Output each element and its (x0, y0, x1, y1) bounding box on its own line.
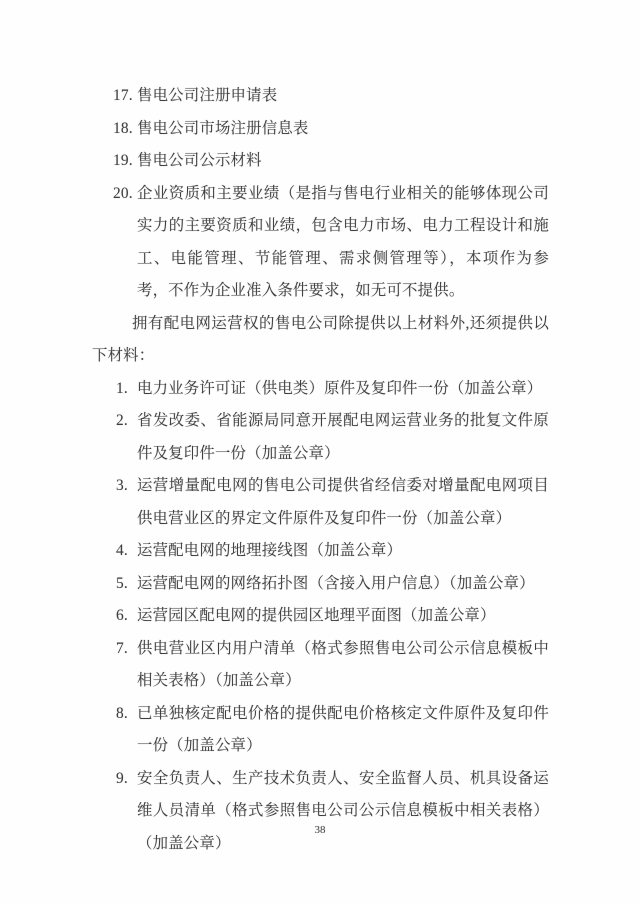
item-number: 3. (116, 470, 137, 503)
item-number: 9. (116, 763, 137, 796)
item-text: 省发改委、省能源局同意开展配电网运营业务的批复文件原件及复印件一份（加盖公章） (137, 405, 549, 470)
page-number: 38 (0, 822, 640, 838)
item-text: 运营配电网的网络拓扑图（含接入用户信息）（加盖公章） (137, 568, 549, 601)
item-number: 4. (116, 535, 137, 568)
item-number: 17. (113, 80, 137, 113)
intro-paragraph: 拥有配电网运营权的售电公司除提供以上材料外,还须提供以下材料： (92, 308, 549, 373)
document-content: 17.售电公司注册申请表18.售电公司市场注册信息表19.售电公司公示材料20.… (92, 80, 549, 860)
item-text: 售电公司市场注册信息表 (137, 113, 549, 146)
list-item: 1.电力业务许可证（供电类）原件及复印件一份（加盖公章） (92, 373, 549, 406)
item-number: 2. (116, 405, 137, 438)
list-item: 6.运营园区配电网的提供园区地理平面图（加盖公章） (92, 600, 549, 633)
list-item: 19.售电公司公示材料 (92, 145, 549, 178)
item-text: 运营园区配电网的提供园区地理平面图（加盖公章） (137, 600, 549, 633)
item-text: 运营配电网的地理接线图（加盖公章） (137, 535, 549, 568)
list-item: 4.运营配电网的地理接线图（加盖公章） (92, 535, 549, 568)
list-item: 5.运营配电网的网络拓扑图（含接入用户信息）（加盖公章） (92, 568, 549, 601)
list-item: 3.运营增量配电网的售电公司提供省经信委对增量配电网项目供电营业区的界定文件原件… (92, 470, 549, 535)
item-number: 8. (116, 698, 137, 731)
item-text: 运营增量配电网的售电公司提供省经信委对增量配电网项目供电营业区的界定文件原件及复… (137, 470, 549, 535)
item-text: 安全负责人、生产技术负责人、安全监督人员、机具设备运维人员清单（格式参照售电公司… (137, 763, 549, 861)
item-text: 电力业务许可证（供电类）原件及复印件一份（加盖公章） (137, 373, 549, 406)
numbered-list-upper: 17.售电公司注册申请表18.售电公司市场注册信息表19.售电公司公示材料20.… (92, 80, 549, 308)
list-item: 20.企业资质和主要业绩（是指与售电行业相关的能够体现公司实力的主要资质和业绩，… (92, 178, 549, 308)
item-number: 18. (113, 113, 137, 146)
list-item: 8.已单独核定配电价格的提供配电价格核定文件原件及复印件一份（加盖公章） (92, 698, 549, 763)
item-number: 1. (116, 373, 137, 406)
list-item: 18.售电公司市场注册信息表 (92, 113, 549, 146)
item-text: 售电公司注册申请表 (137, 80, 549, 113)
item-number: 20. (113, 178, 137, 211)
list-item: 9.安全负责人、生产技术负责人、安全监督人员、机具设备运维人员清单（格式参照售电… (92, 763, 549, 861)
item-number: 19. (113, 145, 137, 178)
numbered-list-lower: 1.电力业务许可证（供电类）原件及复印件一份（加盖公章）2.省发改委、省能源局同… (92, 373, 549, 861)
item-number: 7. (116, 633, 137, 666)
item-text: 售电公司公示材料 (137, 145, 549, 178)
item-text: 已单独核定配电价格的提供配电价格核定文件原件及复印件一份（加盖公章） (137, 698, 549, 763)
item-number: 6. (116, 600, 137, 633)
list-item: 17.售电公司注册申请表 (92, 80, 549, 113)
document-page: 17.售电公司注册申请表18.售电公司市场注册信息表19.售电公司公示材料20.… (0, 0, 640, 905)
item-number: 5. (116, 568, 137, 601)
item-text: 供电营业区内用户清单（格式参照售电公司公示信息模板中相关表格）（加盖公章） (137, 633, 549, 698)
list-item: 7.供电营业区内用户清单（格式参照售电公司公示信息模板中相关表格）（加盖公章） (92, 633, 549, 698)
list-item: 2.省发改委、省能源局同意开展配电网运营业务的批复文件原件及复印件一份（加盖公章… (92, 405, 549, 470)
item-text: 企业资质和主要业绩（是指与售电行业相关的能够体现公司实力的主要资质和业绩，包含电… (137, 178, 549, 308)
